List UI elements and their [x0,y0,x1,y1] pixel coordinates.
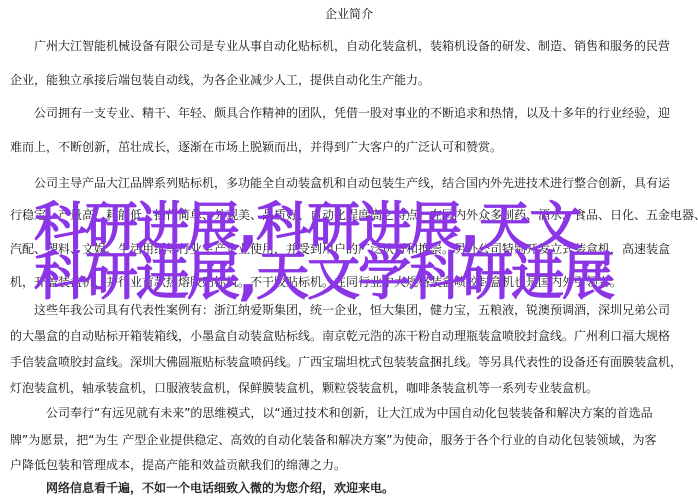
paragraph-5-line-2: 牌”为愿景，把“为生 产型企业提供稳定、高效的自动化装备和解决方案”为使命，服务… [10,432,656,448]
paragraph-4-line-3: 手信装盒喷胶封盒线。深圳大佛圆瓶贴标装盒喷码线。广西宝瑞坦枕式包装装盒捆扎线。等… [10,354,682,370]
paragraph-2-line-1: 公司拥有一支专业、精干、年轻、颇具合作精神的团队，凭借一股对事业的不断追求和热情… [34,105,670,121]
watermark-overlay-line-2: 科研进展,天文学科研进展 [34,247,698,307]
paragraph-5-line-1: 公司奉行“有远见就有未来”的思维模式，以“通过技术和创新，让大江成为中国自动化包… [46,405,653,421]
contact-invitation: 网络信息看千遍，不如一个电话细致入微的为您介绍，欢迎来电。 [46,480,394,496]
paragraph-2-line-2: 难而上，不断创新，茁壮成长，逐渐在市场上脱颖而出，并得到广大客户的广泛认可和赞赏… [10,139,502,155]
page-title: 企业简介 [0,6,698,22]
paragraph-1-line-2: 企业，能独立承接后端包装自动线，为各企业减少人工，提供自动化生产能力。 [10,72,430,88]
paragraph-5-line-3: 户降低包装和管理成本，提高产能和效益贡献我们的绵薄之力。 [10,457,346,473]
paragraph-4-line-4: 灯泡装盒机，轴承装盒机，口服液装盒机，保鲜膜装盒机，颗粒袋装盒机，咖啡条装盒机等… [10,380,598,396]
paragraph-4-line-2: 的大墨盒的自动贴标开箱装箱线，小墨盒自动装盒贴标线。南京乾元浩的冻干粉自动理瓶装… [10,328,670,344]
document-page: 企业简介 广州大江智能机械设备有限公司是专业从事自动化贴标机，自动化装盒机，装箱… [0,0,698,499]
paragraph-1-line-1: 广州大江智能机械设备有限公司是专业从事自动化贴标机，自动化装盒机，装箱机设备的研… [34,38,670,54]
paragraph-3-line-1: 公司主导产品大江品牌系列贴标机，多功能全自动装盒机和自动包装生产线，结合国内外先… [34,175,670,191]
